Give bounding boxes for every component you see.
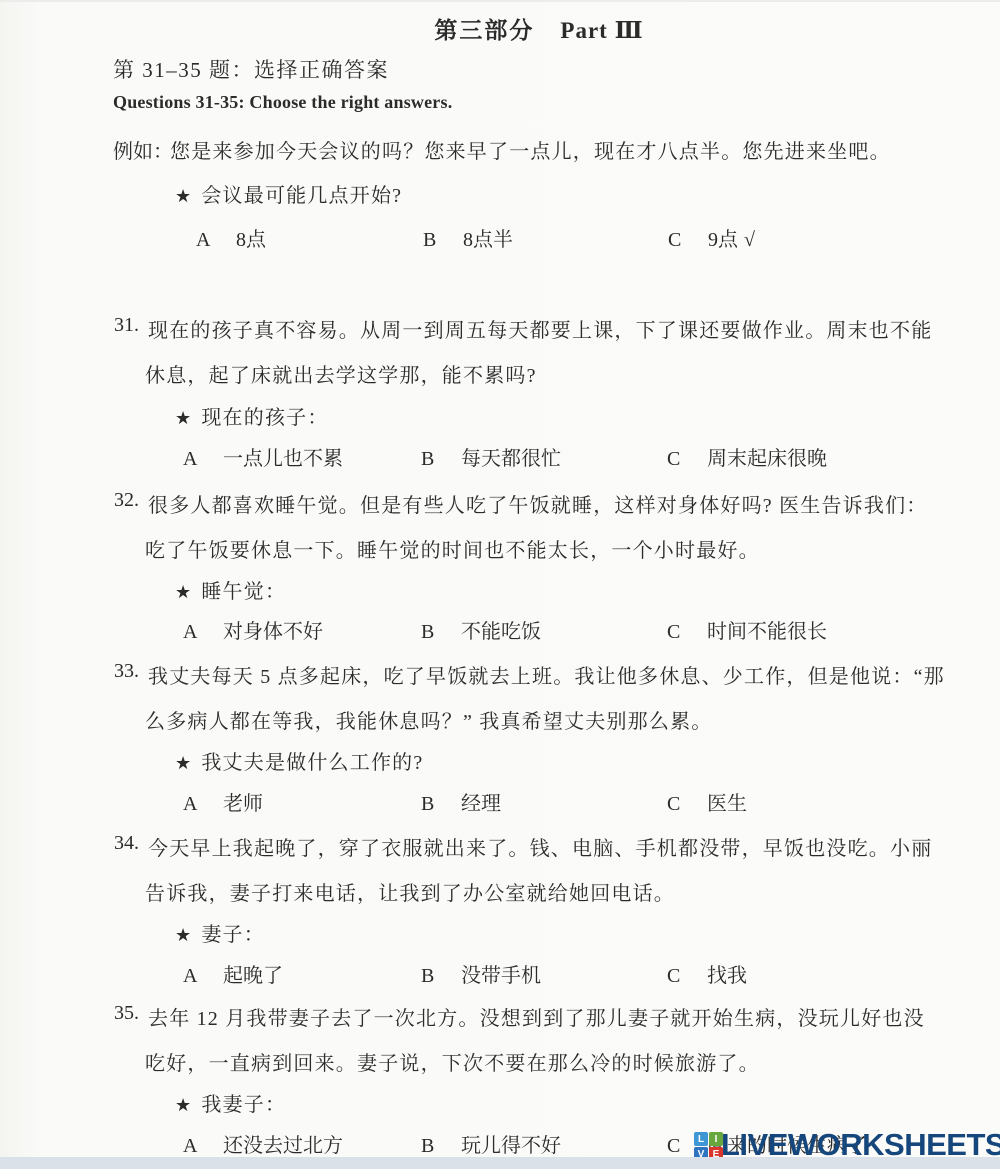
example-block: 例如： 您是来参加今天会议的吗？您来早了一点儿，现在才八点半。您先进来坐吧。 ★… bbox=[0, 135, 1000, 255]
question-text-line2: 吃了午饭要休息一下。睡午觉的时间也不能太长，一个小时最好。 bbox=[145, 534, 760, 563]
question-text-line1: 去年 12 月我带妻子去了一次北方。没想到到了那儿妻子就开始生病，没玩儿好也没 bbox=[148, 1002, 925, 1031]
option-b[interactable]: B每天都很忙 bbox=[421, 442, 561, 471]
question-34: 34. 今天早上我起晚了，穿了衣服就出来了。钱、电脑、手机都没带，早饭也没吃。小… bbox=[0, 832, 1000, 1002]
option-b[interactable]: B没带手机 bbox=[421, 959, 541, 988]
option-c[interactable]: C医生 bbox=[667, 787, 747, 816]
question-prompt: ★我妻子： bbox=[175, 1088, 286, 1117]
question-text-line2: 休息，起了床就出去学这学那，能不累吗? bbox=[145, 359, 537, 388]
bottom-bar bbox=[0, 1157, 1000, 1169]
question-text-line1: 现在的孩子真不容易。从周一到周五每天都要上课，下了课还要做作业。周末也不能 bbox=[148, 314, 932, 343]
question-prompt: ★我丈夫是做什么工作的? bbox=[175, 746, 423, 775]
question-text-line2: 告诉我，妻子打来电话，让我到了办公室就给她回电话。 bbox=[145, 877, 675, 906]
option-a[interactable]: A起晚了 bbox=[183, 959, 283, 988]
question-number: 32. bbox=[114, 489, 139, 512]
question-number: 35. bbox=[114, 1002, 139, 1025]
question-prompt: ★睡午觉： bbox=[175, 575, 286, 604]
star-icon: ★ bbox=[175, 925, 192, 945]
check-icon: √ bbox=[744, 229, 755, 251]
question-prompt: ★妻子： bbox=[175, 918, 265, 947]
title-chinese: 第三部分 bbox=[434, 18, 534, 43]
question-32: 32. 很多人都喜欢睡午觉。但是有些人吃了午饭就睡，这样对身体好吗? 医生告诉我… bbox=[0, 489, 1000, 659]
example-prompt: ★会议最可能几点开始? bbox=[175, 179, 402, 208]
star-icon: ★ bbox=[175, 408, 192, 428]
option-a[interactable]: A老师 bbox=[183, 787, 263, 816]
option-a[interactable]: A一点儿也不累 bbox=[183, 442, 343, 471]
instructions-chinese: 第 31–35 题：选择正确答案 bbox=[113, 54, 389, 84]
option-b[interactable]: B玩儿得不好 bbox=[421, 1129, 561, 1158]
option-b[interactable]: B不能吃饭 bbox=[421, 615, 541, 644]
question-number: 34. bbox=[114, 832, 139, 855]
logo-block-l: L bbox=[694, 1132, 708, 1146]
question-prompt: ★现在的孩子： bbox=[175, 401, 329, 430]
example-text: 您是来参加今天会议的吗？您来早了一点儿，现在才八点半。您先进来坐吧。 bbox=[170, 135, 891, 164]
question-33: 33. 我丈夫每天 5 点多起床，吃了早饭就去上班。我让他多休息、少工作，但是他… bbox=[0, 660, 1000, 830]
question-31: 31. 现在的孩子真不容易。从周一到周五每天都要上课，下了课还要做作业。周末也不… bbox=[0, 314, 1000, 484]
question-text-line1: 今天早上我起晚了，穿了衣服就出来了。钱、电脑、手机都没带，早饭也没吃。小丽 bbox=[148, 832, 932, 861]
star-icon: ★ bbox=[175, 753, 192, 773]
example-label: 例如： bbox=[113, 135, 173, 164]
question-text-line1: 我丈夫每天 5 点多起床，吃了早饭就去上班。我让他多休息、少工作，但是他说：“那 bbox=[148, 660, 945, 689]
example-option-c[interactable]: C9点√ bbox=[668, 223, 755, 252]
option-b[interactable]: B经理 bbox=[421, 787, 501, 816]
question-number: 33. bbox=[114, 660, 139, 683]
option-a[interactable]: A还没去过北方 bbox=[183, 1129, 343, 1158]
example-option-a[interactable]: A8点 bbox=[196, 223, 266, 252]
question-text-line1: 很多人都喜欢睡午觉。但是有些人吃了午饭就睡，这样对身体好吗? 医生告诉我们： bbox=[148, 489, 927, 518]
question-number: 31. bbox=[114, 314, 139, 337]
instructions-english: Questions 31-35: Choose the right answer… bbox=[113, 92, 452, 113]
worksheet-page: 第三部分Part Ⅲ 第 31–35 题：选择正确答案 Questions 31… bbox=[0, 0, 1000, 1169]
option-c[interactable]: C周末起床很晚 bbox=[667, 442, 827, 471]
question-text-line2: 吃好，一直病到回来。妻子说，下次不要在那么冷的时候旅游了。 bbox=[145, 1047, 760, 1076]
star-icon: ★ bbox=[175, 186, 192, 206]
question-text-line2: 么多病人都在等我，我能休息吗？” 我真希望丈夫别那么累。 bbox=[145, 705, 712, 734]
example-option-b[interactable]: B8点半 bbox=[423, 223, 513, 252]
option-c[interactable]: C找我 bbox=[667, 959, 747, 988]
title-english: Part Ⅲ bbox=[560, 18, 643, 43]
option-a[interactable]: A对身体不好 bbox=[183, 615, 323, 644]
star-icon: ★ bbox=[175, 1095, 192, 1115]
page-title: 第三部分Part Ⅲ bbox=[0, 12, 1000, 45]
option-c[interactable]: C时间不能很长 bbox=[667, 615, 827, 644]
star-icon: ★ bbox=[175, 582, 192, 602]
